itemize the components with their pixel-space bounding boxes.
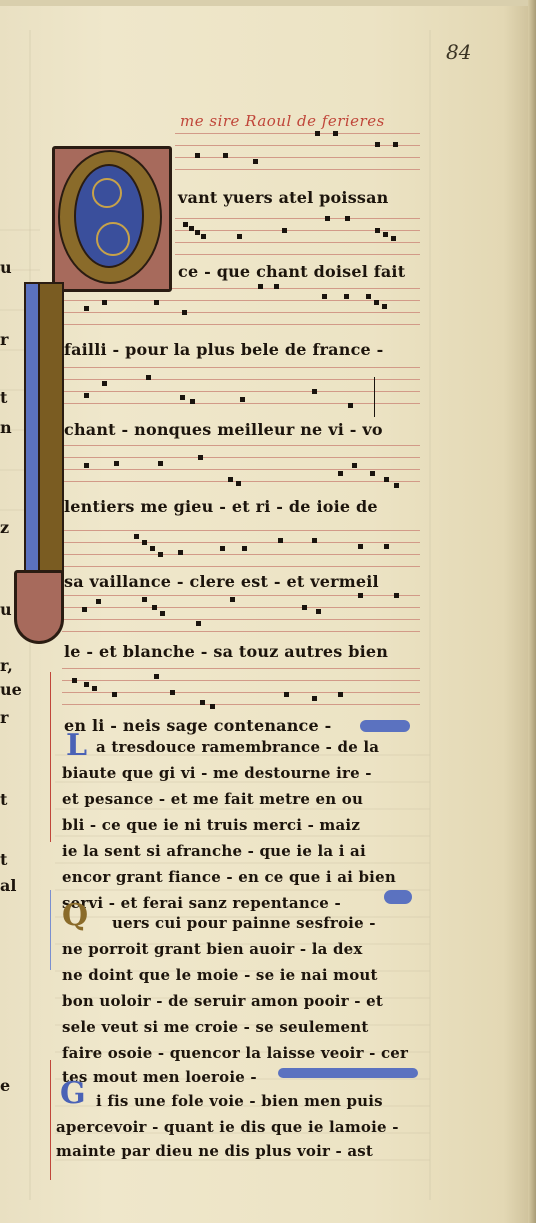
music-staff-2 — [175, 218, 420, 258]
facing-page-fragment: z — [0, 518, 9, 537]
facing-page-fragment: r — [0, 708, 8, 727]
blue-pen-flourish — [50, 890, 51, 970]
blue-initial-G: G — [60, 1076, 86, 1111]
facing-page-fragment: t — [0, 790, 7, 809]
initial-tail-gold — [38, 282, 64, 586]
line-filler-flourish — [278, 1068, 418, 1078]
lyric-line: chant - nonques meilleur ne vi - vo — [64, 420, 383, 439]
facing-page-fragment: n — [0, 418, 12, 437]
prose-line: mainte par dieu ne dis plus voir - ast — [56, 1142, 373, 1160]
prose-line: tes mout men loeroie - — [62, 1068, 257, 1086]
music-staff-7 — [62, 595, 420, 635]
prose-line: uers cui pour painne sesfroie - — [112, 914, 376, 932]
lyric-line: sa vaillance - clere est - et vermeil — [64, 572, 379, 591]
facing-page-fragment: r, — [0, 656, 13, 675]
prose-line: et pesance - et me fait metre en ou — [62, 790, 363, 808]
lyric-line: en li - neis sage contenance - — [64, 716, 331, 735]
facing-page-fragment: ue — [0, 680, 22, 699]
music-staff-1 — [175, 133, 420, 173]
music-staff-5 — [62, 445, 420, 485]
initial-swirl-icon — [96, 222, 130, 256]
prose-line: servi - et ferai sanz repentance - — [62, 894, 341, 912]
prose-line: biaute que gi vi - me destourne ire - — [62, 764, 372, 782]
facing-page-fragment: al — [0, 876, 16, 895]
folio-number: 84 — [446, 40, 471, 64]
prose-line: a tresdouce ramembrance - de la — [96, 738, 379, 756]
initial-tail-foot — [14, 570, 64, 644]
music-staff-8 — [62, 668, 420, 708]
prose-line: bli - ce que ie ni truis merci - maiz — [62, 816, 360, 834]
music-staff-6 — [62, 530, 420, 570]
facing-page-fragment: t — [0, 388, 7, 407]
lyric-line: ce - que chant doisel fait — [178, 262, 405, 281]
facing-page-fragment: u — [0, 600, 12, 619]
facing-page-fragment: r — [0, 330, 8, 349]
prose-line: ne doint que le moie - se ie nai mout — [62, 966, 378, 984]
prose-line: ne porroit grant bien auoir - la dex — [62, 940, 363, 958]
gold-initial-Q: Q — [62, 898, 88, 933]
red-pen-flourish — [50, 672, 51, 842]
prose-line: apercevoir - quant ie dis que ie lamoie … — [56, 1118, 399, 1136]
initial-tail-blue — [24, 282, 40, 606]
prose-line: encor grant fiance - en ce que i ai bien — [62, 868, 396, 886]
prose-line: sele veut si me croie - se seulement — [62, 1018, 369, 1036]
prose-line: faire osoie - quencor la laisse veoir - … — [62, 1044, 408, 1062]
facing-page-fragment: u — [0, 258, 12, 277]
rubric-author: me sire Raoul de ferieres — [180, 112, 385, 130]
prose-line: ie la sent si afranche - que ie la i ai — [62, 842, 366, 860]
facing-page-fragment: e — [0, 1076, 10, 1095]
line-filler-flourish — [384, 890, 412, 904]
music-staff-3 — [62, 288, 420, 328]
line-filler-flourish — [360, 720, 410, 732]
facing-page-fragment: t — [0, 850, 7, 869]
lyric-line: lentiers me gieu - et ri - de ioie de — [64, 497, 378, 516]
prose-line: bon uoloir - de seruir amon pooir - et — [62, 992, 383, 1010]
initial-swirl-icon — [92, 178, 122, 208]
blue-initial-L: L — [66, 728, 87, 763]
prose-line: i fis une fole voie - bien men puis — [96, 1092, 383, 1110]
music-staff-4 — [62, 367, 420, 407]
lyric-line: vant yuers atel poissan — [178, 188, 389, 207]
lyric-line: le - et blanche - sa touz autres bien — [64, 642, 388, 661]
lyric-line: failli - pour la plus bele de france - — [64, 340, 384, 359]
red-pen-flourish — [50, 1060, 51, 1180]
